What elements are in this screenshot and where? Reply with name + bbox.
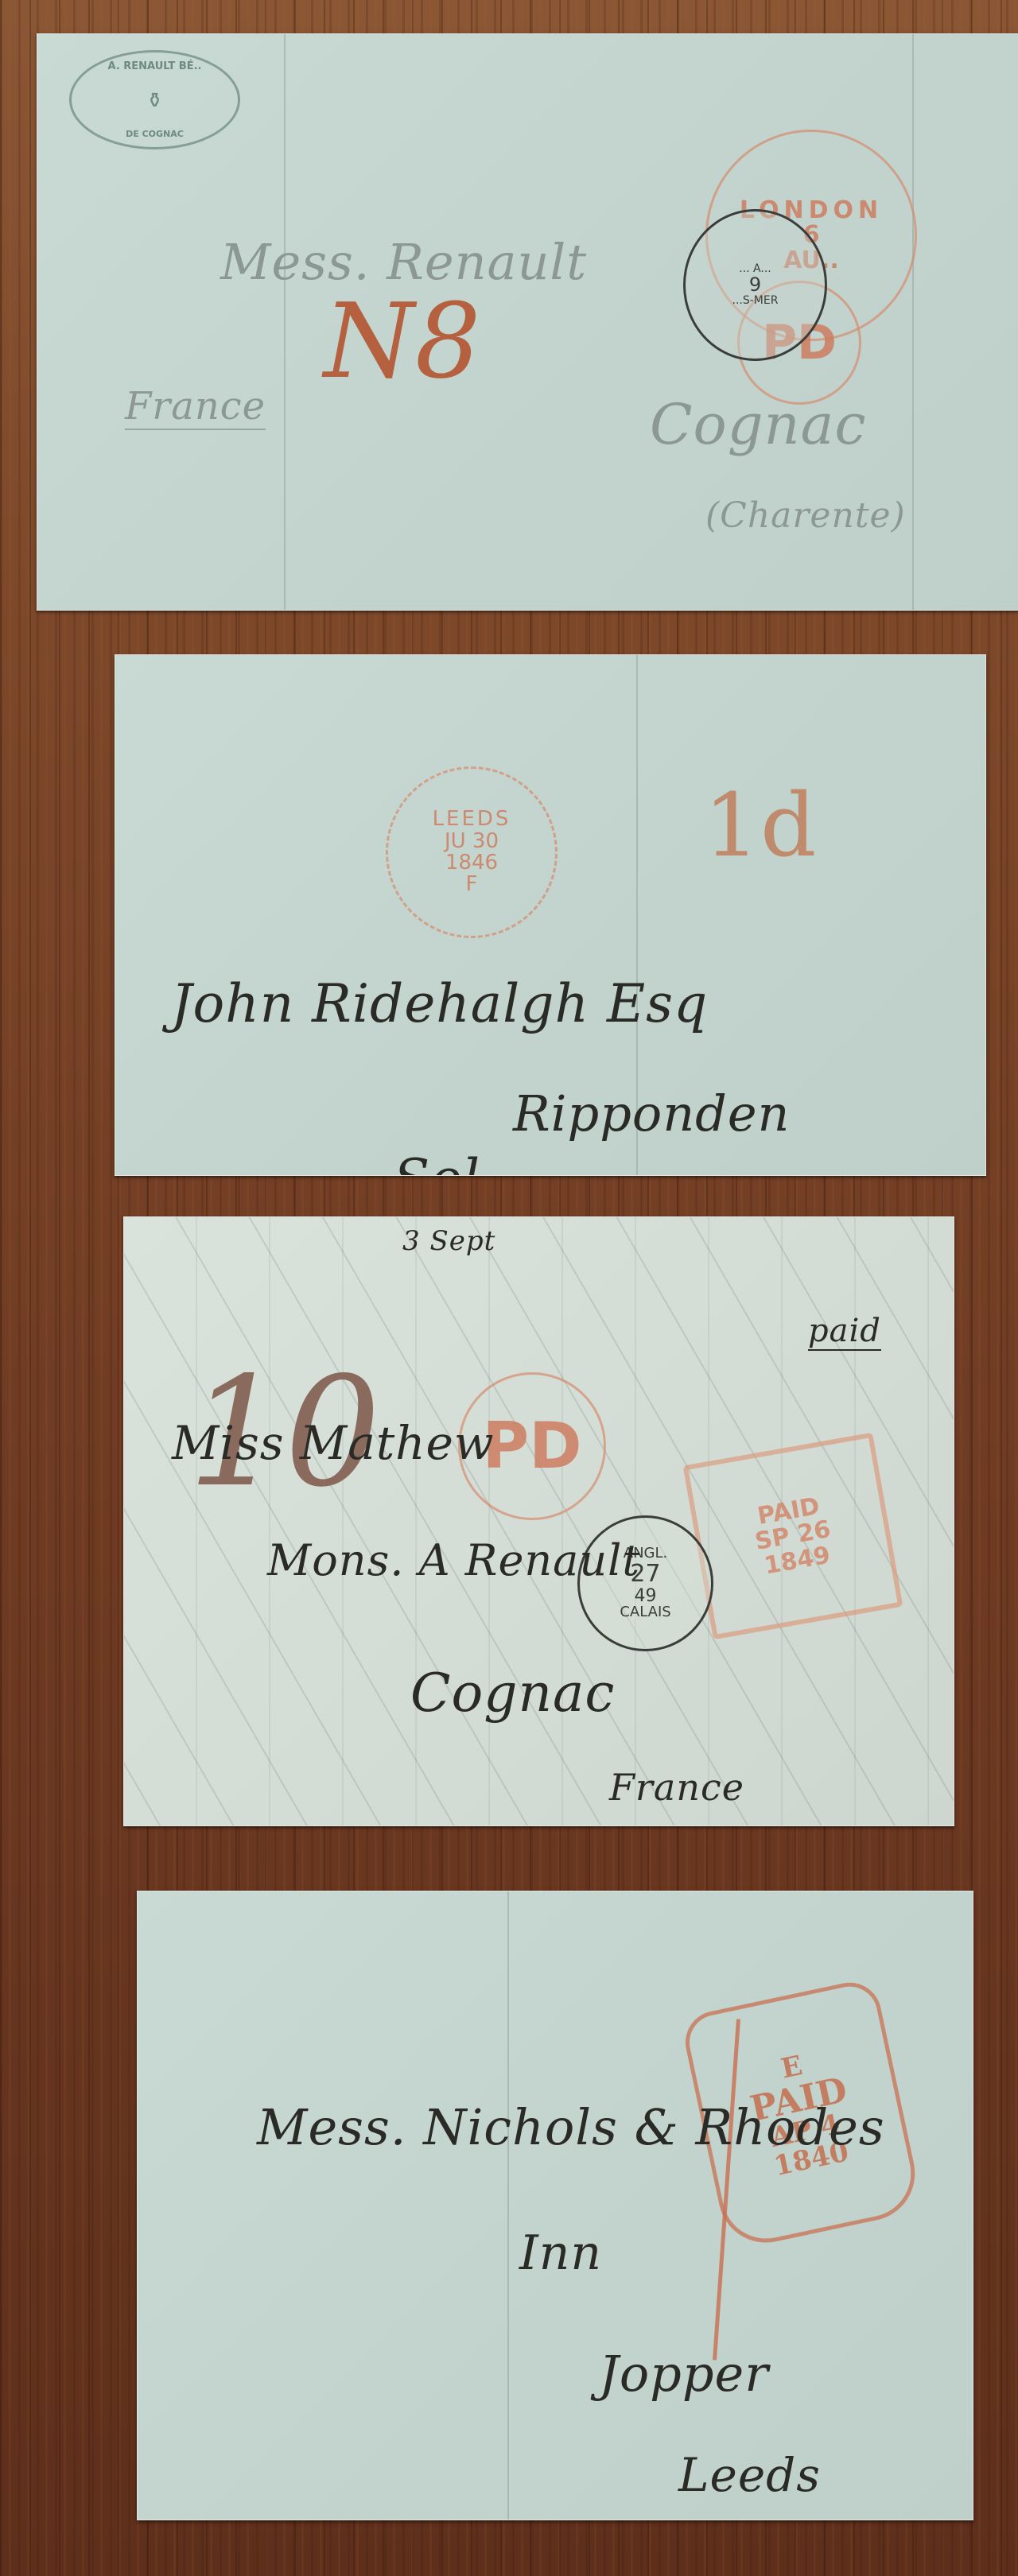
paid-note: paid	[808, 1313, 881, 1351]
addressee-line-2: Mons. A Renault	[267, 1535, 640, 1585]
addressee-line-2: Inn	[519, 2225, 602, 2281]
fold-line	[284, 34, 286, 610]
emblem-icon: ⚱	[146, 89, 164, 113]
addressee-line-4: France	[609, 1766, 744, 1809]
addressee-line-3: Jopper	[599, 2345, 769, 2403]
addressee-line-3: (Charente)	[705, 495, 906, 536]
addressee-line-3: Cognac	[410, 1662, 615, 1724]
addressee-line-2: Cognac	[650, 392, 867, 457]
leeds-postmark: LEEDS JU 30 1846 F	[386, 766, 558, 938]
addressee-title: Sol	[394, 1148, 480, 1176]
postal-cover-1: A. RENAULT BÉ.. ⚱ DE COGNAC LONDON 6 AU.…	[37, 33, 1018, 611]
french-entry-postmark: ... A... 9 ...S-MER	[683, 209, 827, 361]
addressee-line-1: Mess. Nichols & Rhodes	[257, 2098, 885, 2156]
country-note: France	[125, 384, 266, 430]
addressee-line-1: Miss Mathew	[172, 1416, 495, 1470]
addressee-line-4: Leeds	[678, 2448, 821, 2502]
fold-line	[507, 1891, 509, 2520]
postal-cover-4: E PAID AP 4 1840 Mess. Nichols & Rhodes …	[137, 1891, 973, 2520]
date-note: 3 Sept	[402, 1225, 495, 1257]
postage-charge-1d: 1d	[704, 774, 817, 876]
merchant-handstamp: A. RENAULT BÉ.. ⚱ DE COGNAC	[69, 50, 240, 149]
manuscript-charge: N8	[324, 281, 481, 402]
fold-line	[912, 34, 914, 610]
addressee-name: John Ridehalgh Esq	[171, 973, 708, 1034]
crown-paid-stamp: PAID SP 26 1849	[683, 1433, 903, 1640]
postal-cover-3: 3 Sept paid 10 PD PAID SP 26 1849 ANGL. …	[123, 1216, 954, 1826]
postal-cover-2: LEEDS JU 30 1846 F 1d John Ridehalgh Esq…	[115, 654, 986, 1176]
addressee-town: Ripponden	[513, 1084, 790, 1143]
